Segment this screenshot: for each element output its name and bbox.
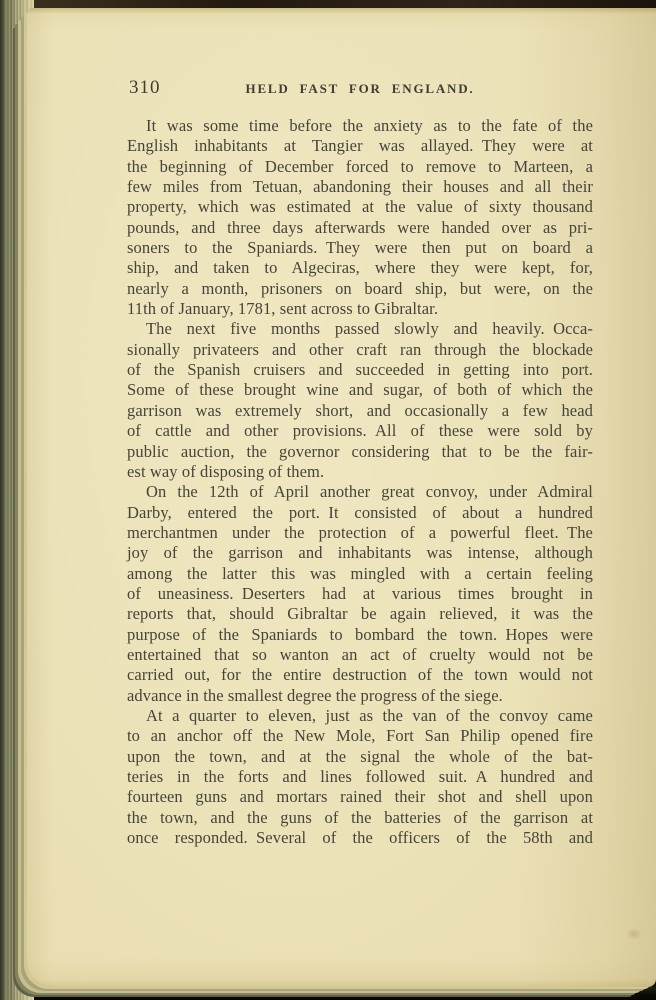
text-line: Darby, entered the port. It consisted of… <box>127 503 593 523</box>
text-line: est way of disposing of them. <box>127 462 593 482</box>
paper-stain <box>626 928 642 940</box>
text-line: among the latter this was mingled with a… <box>127 564 593 584</box>
text-line: of uneasiness. Deserters had at various … <box>127 584 593 604</box>
text-line: fourteen guns and mortars rained their s… <box>127 787 593 807</box>
text-line: reports that, should Gibraltar be again … <box>127 604 593 624</box>
text-line: advance in the smallest degree the progr… <box>127 686 593 706</box>
paragraph: It was some time before the anxiety as t… <box>127 116 593 319</box>
text-line: Some of these brought wine and sugar, of… <box>127 380 593 400</box>
text-line: of the Spanish cruisers and succeeded in… <box>127 360 593 380</box>
text-line: carried out, for the entire destruction … <box>127 665 593 685</box>
text-line: pounds, and three days afterwards were h… <box>127 218 593 238</box>
text-line: English inhabitants at Tangier was allay… <box>127 136 593 156</box>
scan-frame-bottom <box>0 987 656 1000</box>
text-line: entertained that so wanton an act of cru… <box>127 645 593 665</box>
running-title: HELD FAST FOR ENGLAND. <box>127 81 593 97</box>
text-line: joy of the garrison and inhabitants was … <box>127 543 593 563</box>
paragraph: The next five months passed slowly and h… <box>127 319 593 482</box>
text-line: At a quarter to eleven, just as the van … <box>127 706 593 726</box>
text-line: The next five months passed slowly and h… <box>127 319 593 339</box>
text-line: teries in the forts and lines followed s… <box>127 767 593 787</box>
book-page: 310 HELD FAST FOR ENGLAND. It was some t… <box>27 8 656 987</box>
text-line: nearly a month, prisoners on board ship,… <box>127 279 593 299</box>
text-line: On the 12th of April another great convo… <box>127 482 593 502</box>
text-line: merchantmen under the protection of a po… <box>127 523 593 543</box>
text-line: sionally privateers and other craft ran … <box>127 340 593 360</box>
text-line: purpose of the Spaniards to bombard the … <box>127 625 593 645</box>
page-body: It was some time before the anxiety as t… <box>127 116 593 848</box>
text-line: the town, and the guns of the batteries … <box>127 808 593 828</box>
text-line: garrison was extremely short, and occasi… <box>127 401 593 421</box>
text-line: to an anchor off the New Mole, Fort San … <box>127 726 593 746</box>
text-line: property, which was estimated at the val… <box>127 197 593 217</box>
paragraph: At a quarter to eleven, just as the van … <box>127 706 593 848</box>
text-line: upon the town, and at the signal the who… <box>127 747 593 767</box>
text-line: of cattle and other provisions. All of t… <box>127 421 593 441</box>
book-scan: 310 HELD FAST FOR ENGLAND. It was some t… <box>0 0 656 1000</box>
text-line: public auction, the governor considering… <box>127 442 593 462</box>
paragraph: On the 12th of April another great convo… <box>127 482 593 706</box>
text-line: 11th of January, 1781, sent across to Gi… <box>127 299 593 319</box>
text-line: ship, and taken to Algeciras, where they… <box>127 258 593 278</box>
text-line: soners to the Spaniards. They were then … <box>127 238 593 258</box>
text-line: the beginning of December forced to remo… <box>127 157 593 177</box>
text-line: few miles from Tetuan, abandoning their … <box>127 177 593 197</box>
text-line: once responded. Several of the officers … <box>127 828 593 848</box>
text-line: It was some time before the anxiety as t… <box>127 116 593 136</box>
page-header: 310 HELD FAST FOR ENGLAND. <box>127 77 593 99</box>
